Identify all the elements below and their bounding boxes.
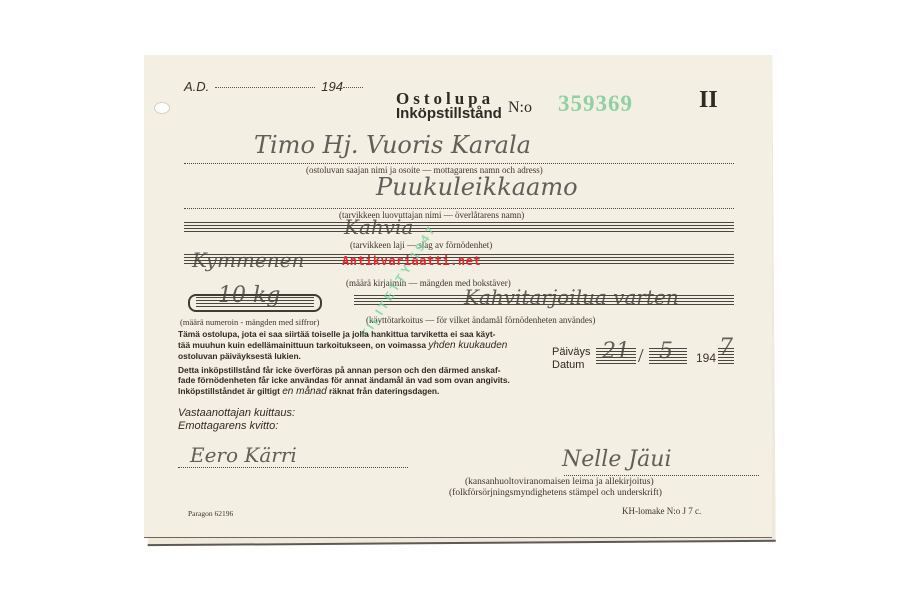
receipt-label-fi: Vastaanottajan kuittaus: bbox=[178, 407, 295, 420]
terms-fi-line-2: tää muuhun kuin edellämainittuun tarkoit… bbox=[178, 340, 548, 352]
receipt-signature: Eero Kärri bbox=[190, 443, 297, 467]
supplier-handwriting: Puukuleikkaamo bbox=[376, 173, 578, 201]
date-month: 5 bbox=[659, 339, 673, 364]
authority-signature: Nelle Jäui bbox=[562, 447, 672, 472]
ad-label: A.D. bbox=[184, 79, 209, 94]
terms-fi-line-1: Tämä ostolupa, jota ei saa siirtää toise… bbox=[178, 329, 548, 340]
terms-sv-validity: en månad bbox=[282, 386, 326, 397]
date-year-suffix: 7 bbox=[719, 335, 733, 360]
item-type-handwriting: Kahvia bbox=[344, 215, 413, 239]
quantity-digits-caption: (määrä numeroin - mängden med siffror) bbox=[180, 317, 319, 327]
terms-fi-validity: yhden kuukauden bbox=[428, 340, 507, 351]
purpose-handwriting: Kahvitarjoilua varten bbox=[464, 285, 679, 309]
serial-number: 359369 bbox=[558, 91, 633, 117]
recipient-handwriting: Timo Hj. Vuoris Karala bbox=[254, 131, 531, 159]
punch-hole bbox=[154, 102, 170, 114]
date-labels: Päiväys Datum bbox=[552, 346, 591, 372]
ad-year-prefix: 194 bbox=[321, 79, 343, 94]
terms-sv-line-1: Detta inköpstillstånd får icke överföras… bbox=[178, 365, 548, 376]
receipt-label-sv: Emottagarens kvitto: bbox=[178, 420, 295, 433]
ad-date-blank bbox=[215, 87, 315, 88]
quantity-digits-handwriting: 10 kg bbox=[218, 283, 280, 308]
printer-mark: Paragon 62196 bbox=[188, 509, 233, 518]
supplier-line bbox=[184, 208, 734, 209]
purchase-permit-form: A.D.194 Ostolupa Inköpstillstånd N:o 359… bbox=[144, 55, 772, 538]
purpose-caption: (käyttötarkoitus — för vilket ändamål fö… bbox=[366, 315, 595, 325]
item-type-ruled-field bbox=[184, 222, 734, 234]
authority-signature-line bbox=[564, 475, 759, 476]
ad-date-line: A.D.194 bbox=[184, 79, 363, 94]
ad-year-blank bbox=[343, 87, 363, 88]
receipt-signature-line bbox=[178, 467, 408, 468]
date-year-prefix: 194 bbox=[696, 351, 716, 365]
date-separator: / bbox=[638, 345, 644, 368]
terms-fi-line-2-text: tää muuhun kuin edellämainittuun tarkoit… bbox=[178, 340, 428, 350]
copy-marker: II bbox=[699, 87, 718, 114]
number-label: N:o bbox=[508, 99, 532, 117]
date-label-fi: Päiväys bbox=[552, 346, 591, 359]
form-id: KH-lomake N:o J 7 c. bbox=[622, 506, 701, 516]
terms-sv-line-2: fade förnödenheten får icke användas för… bbox=[178, 375, 548, 386]
form-title-swedish: Inköpstillstånd bbox=[396, 105, 502, 122]
date-label-sv: Datum bbox=[552, 359, 591, 372]
authority-caption-sv: (folkförsörjningsmyndighetens stämpel oc… bbox=[449, 488, 662, 498]
terms-sv-line-3-end: räknat från dateringsdagen. bbox=[327, 386, 440, 396]
authority-caption-fi: (kansanhuoltoviranomaisen leima ja allek… bbox=[465, 477, 654, 487]
quantity-letters-handwriting: Kymmenen bbox=[192, 248, 304, 272]
terms-text: Tämä ostolupa, jota ei saa siirtää toise… bbox=[178, 329, 548, 398]
terms-sv-line-3: Inköpstillståndet är giltigt en månad rä… bbox=[178, 386, 548, 398]
recipient-line bbox=[184, 163, 734, 164]
terms-fi-line-3: ostoluvan päiväyksestä lukien. bbox=[178, 351, 548, 362]
terms-sv-line-3-text: Inköpstillståndet är giltigt bbox=[178, 386, 282, 396]
receipt-labels: Vastaanottajan kuittaus: Emottagarens kv… bbox=[178, 407, 295, 433]
date-day: 21 bbox=[602, 339, 630, 364]
